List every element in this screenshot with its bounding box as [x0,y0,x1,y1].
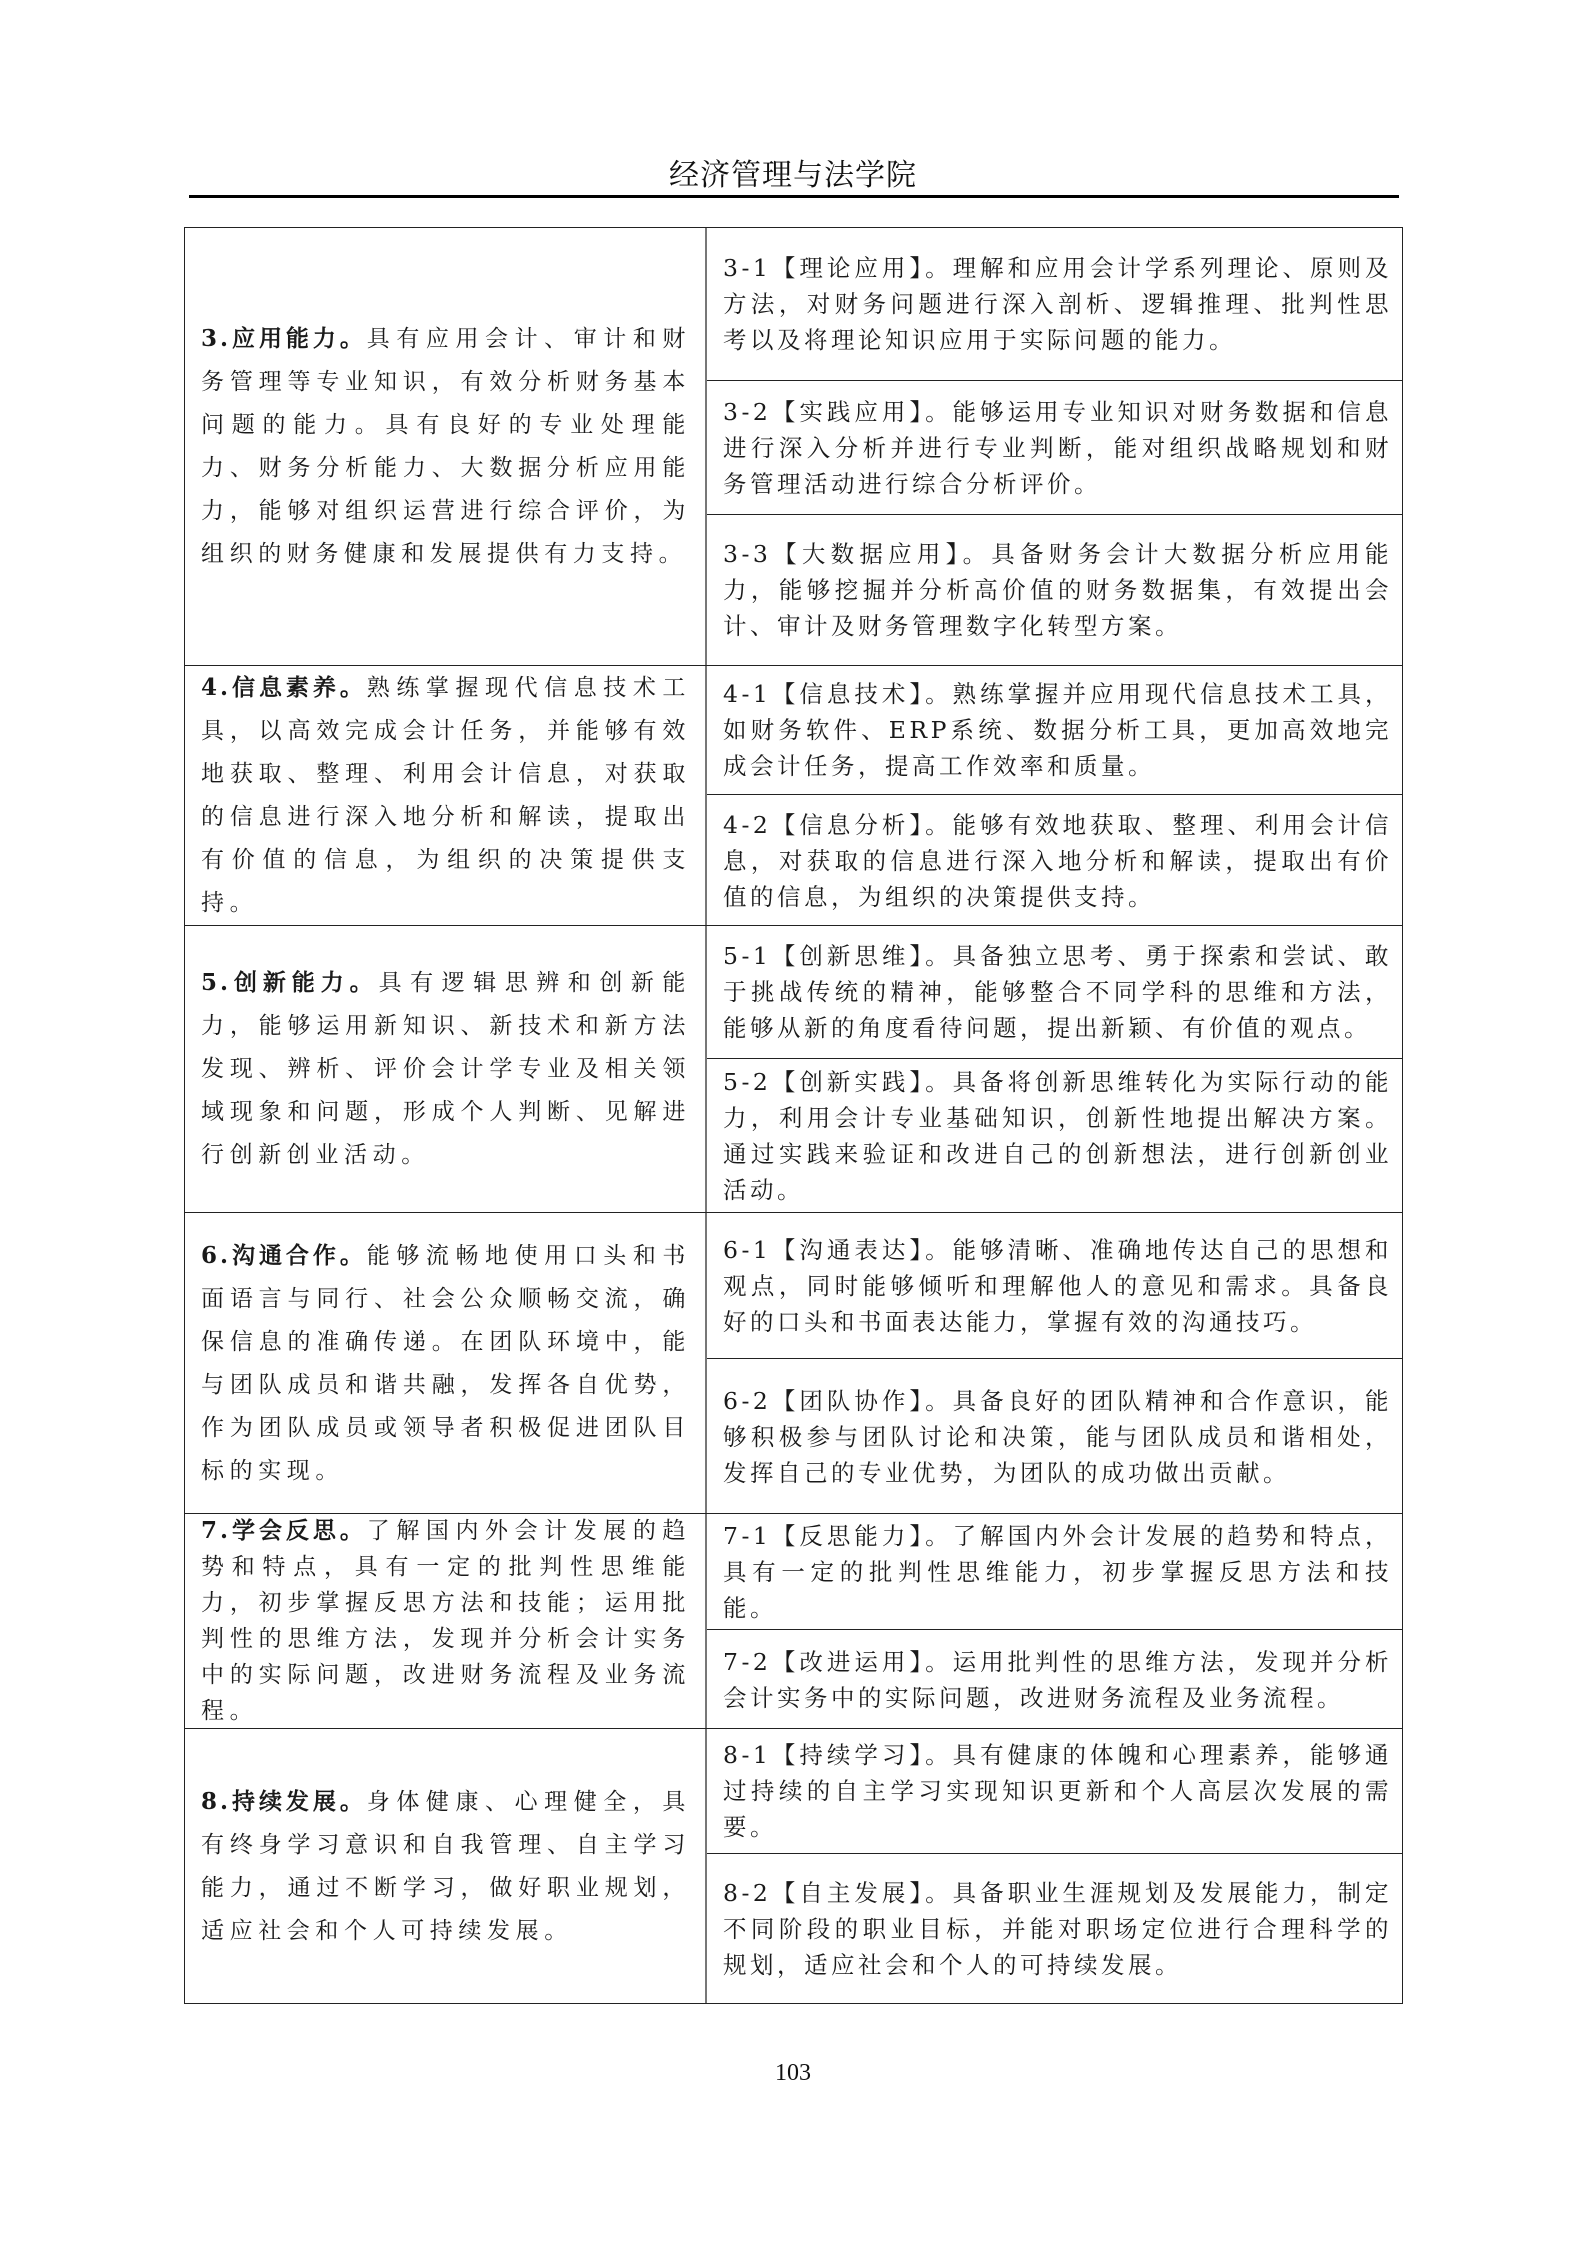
requirement-description: 熟练掌握现代信息技术工具，以高效完成会计任务，并能够有效地获取、整理、利用会计信… [201,675,691,916]
table-row: 4.信息素养。熟练掌握现代信息技术工具，以高效完成会计任务，并能够有效地获取、整… [185,665,1402,925]
indicator-code: 7-2 [723,1648,771,1676]
indicator-code: 3-3 [723,540,771,568]
indicator-text: 7-2【改进运用】。运用批判性的思维方法，发现并分析会计实务中的实际问题，改进财… [723,1644,1392,1716]
competency-table: 3.应用能力。具有应用会计、审计和财务管理等专业知识，有效分析财务基本问题的能力… [184,227,1403,2004]
requirement-cell: 6.沟通合作。能够流畅地使用口头和书面语言与同行、社会公众顺畅交流，确保信息的准… [185,1213,707,1513]
indicator-cell: 4-2【信息分析】。能够有效地获取、整理、利用会计信息，对获取的信息进行深入地分… [707,794,1402,926]
indicator-code: 5-1 [723,942,771,970]
indicator-text: 3-3【大数据应用】。具备财务会计大数据分析应用能力，能够挖掘并分析高价值的财务… [723,536,1392,644]
indicator-cell-group: 7-1【反思能力】。了解国内外会计发展的趋势和特点，具有一定的批判性思维能力，初… [707,1514,1402,1728]
indicator-label: 【改进运用】 [771,1648,925,1676]
indicator-label: 【实践应用】 [771,398,925,426]
indicator-label: 【理论应用】 [771,254,925,282]
table-row: 7.学会反思。了解国内外会计发展的趋势和特点，具有一定的批判性思维能力，初步掌握… [185,1513,1402,1728]
indicator-label: 【团队协作】 [771,1387,925,1415]
indicator-text: 3-1【理论应用】。理解和应用会计学系列理论、原则及方法，对财务问题进行深入剖析… [723,250,1392,358]
indicator-label: 【创新实践】 [771,1068,925,1096]
indicator-cell: 8-1【持续学习】。具有健康的体魄和心理素养，能够通过持续的自主学习实现知识更新… [707,1729,1402,1853]
page-number: 103 [0,2060,1586,2087]
requirement-title: 5.创新能力。 [201,969,379,996]
indicator-code: 6-1 [723,1236,771,1264]
requirement-text: 4.信息素养。熟练掌握现代信息技术工具，以高效完成会计任务，并能够有效地获取、整… [201,666,691,925]
indicator-code: 4-1 [723,680,771,708]
indicator-cell-group: 8-1【持续学习】。具有健康的体魄和心理素养，能够通过持续的自主学习实现知识更新… [707,1729,1402,2003]
requirement-title: 4.信息素养。 [201,674,367,701]
requirement-title: 8.持续发展。 [201,1788,367,1815]
requirement-cell: 5.创新能力。具有逻辑思辨和创新能力，能够运用新知识、新技术和新方法发现、辨析、… [185,926,707,1212]
indicator-text: 8-2【自主发展】。具备职业生涯规划及发展能力，制定不同阶段的职业目标，并能对职… [723,1875,1392,1983]
indicator-cell-group: 3-1【理论应用】。理解和应用会计学系列理论、原则及方法，对财务问题进行深入剖析… [707,228,1402,665]
requirement-text: 6.沟通合作。能够流畅地使用口头和书面语言与同行、社会公众顺畅交流，确保信息的准… [201,1234,691,1493]
requirement-description: 了解国内外会计发展的趋势和特点，具有一定的批判性思维能力，初步掌握反思方法和技能… [201,1518,691,1724]
indicator-cell: 4-1【信息技术】。熟练掌握并应用现代信息技术工具，如财务软件、ERP系统、数据… [707,666,1402,794]
indicator-text: 5-1【创新思维】。具备独立思考、勇于探索和尝试、敢于挑战传统的精神，能够整合不… [723,938,1392,1046]
indicator-label: 【自主发展】 [771,1879,925,1907]
requirement-description: 具有应用会计、审计和财务管理等专业知识，有效分析财务基本问题的能力。具有良好的专… [201,326,691,567]
indicator-cell: 7-1【反思能力】。了解国内外会计发展的趋势和特点，具有一定的批判性思维能力，初… [707,1514,1402,1629]
requirement-title: 6.沟通合作。 [201,1242,367,1269]
indicator-cell-group: 6-1【沟通表达】。能够清晰、准确地传达自己的思想和观点，同时能够倾听和理解他人… [707,1213,1402,1513]
indicator-text: 4-1【信息技术】。熟练掌握并应用现代信息技术工具，如财务软件、ERP系统、数据… [723,676,1392,784]
indicator-cell: 7-2【改进运用】。运用批判性的思维方法，发现并分析会计实务中的实际问题，改进财… [707,1629,1402,1729]
header-divider [189,195,1399,198]
indicator-label: 【信息分析】 [771,811,925,839]
indicator-code: 3-2 [723,398,771,426]
indicator-text: 8-1【持续学习】。具有健康的体魄和心理素养，能够通过持续的自主学习实现知识更新… [723,1737,1392,1845]
indicator-code: 5-2 [723,1068,771,1096]
requirement-title: 3.应用能力。 [201,325,367,352]
table-row: 5.创新能力。具有逻辑思辨和创新能力，能够运用新知识、新技术和新方法发现、辨析、… [185,925,1402,1212]
indicator-cell: 6-1【沟通表达】。能够清晰、准确地传达自己的思想和观点，同时能够倾听和理解他人… [707,1213,1402,1358]
indicator-label: 【创新思维】 [771,942,925,970]
indicator-text: 7-1【反思能力】。了解国内外会计发展的趋势和特点，具有一定的批判性思维能力，初… [723,1518,1392,1626]
indicator-text: 5-2【创新实践】。具备将创新思维转化为实际行动的能力，利用会计专业基础知识，创… [723,1064,1392,1208]
indicator-label: 【沟通表达】 [771,1236,925,1264]
requirement-text: 3.应用能力。具有应用会计、审计和财务管理等专业知识，有效分析财务基本问题的能力… [201,317,691,576]
requirement-cell: 3.应用能力。具有应用会计、审计和财务管理等专业知识，有效分析财务基本问题的能力… [185,228,707,665]
indicator-code: 7-1 [723,1522,771,1550]
indicator-cell: 3-1【理论应用】。理解和应用会计学系列理论、原则及方法，对财务问题进行深入剖析… [707,228,1402,380]
indicator-text: 3-2【实践应用】。能够运用专业知识对财务数据和信息进行深入分析并进行专业判断，… [723,394,1392,502]
requirement-cell: 8.持续发展。身体健康、心理健全，具有终身学习意识和自我管理、自主学习能力，通过… [185,1729,707,2003]
indicator-text: 6-1【沟通表达】。能够清晰、准确地传达自己的思想和观点，同时能够倾听和理解他人… [723,1232,1392,1340]
requirement-cell: 7.学会反思。了解国内外会计发展的趋势和特点，具有一定的批判性思维能力，初步掌握… [185,1514,707,1728]
indicator-cell: 3-2【实践应用】。能够运用专业知识对财务数据和信息进行深入分析并进行专业判断，… [707,380,1402,514]
indicator-label: 【信息技术】 [771,680,925,708]
requirement-text: 7.学会反思。了解国内外会计发展的趋势和特点，具有一定的批判性思维能力，初步掌握… [201,1513,691,1729]
requirement-text: 5.创新能力。具有逻辑思辨和创新能力，能够运用新知识、新技术和新方法发现、辨析、… [201,961,691,1177]
table-row: 3.应用能力。具有应用会计、审计和财务管理等专业知识，有效分析财务基本问题的能力… [185,228,1402,665]
indicator-label: 【大数据应用】 [771,540,962,568]
requirement-title: 7.学会反思。 [201,1517,367,1544]
indicator-cell: 6-2【团队协作】。具备良好的团队精神和合作意识，能够积极参与团队讨论和决策，能… [707,1358,1402,1514]
indicator-cell: 8-2【自主发展】。具备职业生涯规划及发展能力，制定不同阶段的职业目标，并能对职… [707,1853,1402,2004]
requirement-description: 具有逻辑思辨和创新能力，能够运用新知识、新技术和新方法发现、辨析、评价会计学专业… [201,970,691,1168]
indicator-cell: 3-3【大数据应用】。具备财务会计大数据分析应用能力，能够挖掘并分析高价值的财务… [707,514,1402,665]
requirement-description: 能够流畅地使用口头和书面语言与同行、社会公众顺畅交流，确保信息的准确传递。在团队… [201,1243,691,1484]
indicator-code: 4-2 [723,811,771,839]
indicator-cell-group: 5-1【创新思维】。具备独立思考、勇于探索和尝试、敢于挑战传统的精神，能够整合不… [707,926,1402,1212]
indicator-label: 【持续学习】 [771,1741,925,1769]
indicator-text: 6-2【团队协作】。具备良好的团队精神和合作意识，能够积极参与团队讨论和决策，能… [723,1383,1392,1491]
page-header-title: 经济管理与法学院 [0,150,1586,194]
indicator-label: 【反思能力】 [771,1522,925,1550]
indicator-cell-group: 4-1【信息技术】。熟练掌握并应用现代信息技术工具，如财务软件、ERP系统、数据… [707,666,1402,925]
requirement-text: 8.持续发展。身体健康、心理健全，具有终身学习意识和自我管理、自主学习能力，通过… [201,1780,691,1953]
table-row: 6.沟通合作。能够流畅地使用口头和书面语言与同行、社会公众顺畅交流，确保信息的准… [185,1212,1402,1513]
indicator-text: 4-2【信息分析】。能够有效地获取、整理、利用会计信息，对获取的信息进行深入地分… [723,807,1392,915]
requirement-cell: 4.信息素养。熟练掌握现代信息技术工具，以高效完成会计任务，并能够有效地获取、整… [185,666,707,925]
indicator-cell: 5-1【创新思维】。具备独立思考、勇于探索和尝试、敢于挑战传统的精神，能够整合不… [707,926,1402,1058]
table-row: 8.持续发展。身体健康、心理健全，具有终身学习意识和自我管理、自主学习能力，通过… [185,1728,1402,2003]
indicator-code: 8-1 [723,1741,771,1769]
indicator-code: 3-1 [723,254,771,282]
indicator-code: 6-2 [723,1387,771,1415]
indicator-code: 8-2 [723,1879,771,1907]
indicator-cell: 5-2【创新实践】。具备将创新思维转化为实际行动的能力，利用会计专业基础知识，创… [707,1058,1402,1213]
